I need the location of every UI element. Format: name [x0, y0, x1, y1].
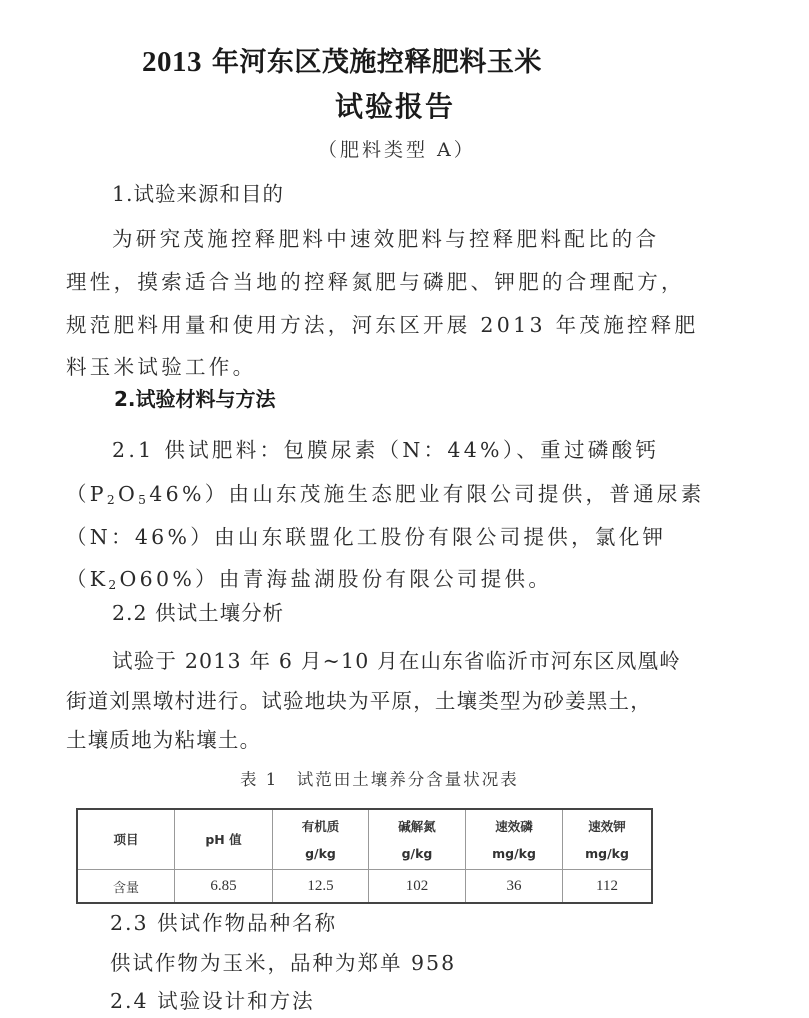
- cell-ph: 6.85: [175, 870, 273, 904]
- section-1-line-4: 料玉米试验工作。: [66, 350, 256, 380]
- section-1-line-2: 理性，摸索适合当地的控释氮肥与磷肥、钾肥的合理配方，: [66, 265, 685, 295]
- title-line-1: 2013 年河东区茂施控释肥料玉米: [142, 40, 542, 79]
- header-ph: pH 值: [175, 809, 273, 870]
- title-line-2: 试验报告: [335, 85, 455, 125]
- k2o-prefix: （K: [66, 567, 108, 591]
- cell-label: 含量: [77, 870, 175, 904]
- section-2-1-line-1: 2.1 供试肥料：包膜尿素（N：44%）、重过磷酸钙: [112, 433, 659, 463]
- k2o-sub: 2: [108, 578, 119, 592]
- section-2-2-line-2: 街道刘黑墩村进行。试验地块为平原，土壤类型为砂姜黑土，: [66, 684, 652, 714]
- header-available-k: 速效钾mg/kg: [563, 809, 653, 870]
- p2o5-sub-2: 5: [138, 493, 149, 507]
- section-2-1-line-2: （P2O546%）由山东茂施生态肥业有限公司提供，普通尿素: [66, 477, 705, 507]
- p2o5-prefix: （P: [66, 482, 107, 506]
- table-caption: 表 1 试范田土壤养分含量状况表: [240, 766, 519, 790]
- title-year: 2013: [142, 46, 202, 78]
- section-1-line-3: 规范肥料用量和使用方法，河东区开展 2013 年茂施控释肥: [66, 308, 698, 338]
- section-2-1-line-3: （N：46%）由山东联盟化工股份有限公司提供，氯化钾: [66, 520, 666, 550]
- header-item: 项目: [77, 809, 175, 870]
- p2o5-sub-1: 2: [107, 493, 118, 507]
- section-2-4-heading: 2.4 试验设计和方法: [110, 984, 315, 1014]
- soil-nutrient-table: 项目 pH 值 有机质g/kg 碱解氮g/kg 速效磷mg/kg 速效钾mg/k…: [76, 808, 653, 904]
- k2o-suffix: O60%）: [120, 567, 219, 591]
- section-2-3-heading: 2.3 供试作物品种名称: [110, 906, 337, 936]
- section-2-2-heading: 2.2 供试土壤分析: [112, 596, 284, 626]
- section-2-heading: 2.试验材料与方法: [114, 383, 276, 412]
- section-1-heading: 1.试验来源和目的: [112, 177, 284, 207]
- header-organic-matter: 有机质g/kg: [273, 809, 369, 870]
- section-2-1-line-4: （K2O60%）由青海盐湖股份有限公司提供。: [66, 562, 552, 592]
- p2o5-mid: O: [118, 482, 138, 506]
- cell-alkali-n: 102: [369, 870, 466, 904]
- table-header-row: 项目 pH 值 有机质g/kg 碱解氮g/kg 速效磷mg/kg 速效钾mg/k…: [77, 809, 652, 870]
- section-2-3-text: 供试作物为玉米，品种为郑单 958: [110, 946, 456, 976]
- table-row: 含量 6.85 12.5 102 36 112: [77, 870, 652, 904]
- subtitle: （肥料类型 A）: [318, 135, 476, 162]
- cell-organic-matter: 12.5: [273, 870, 369, 904]
- section-2-2-line-3: 土壤质地为粘壤土。: [66, 723, 261, 753]
- header-available-p: 速效磷mg/kg: [466, 809, 563, 870]
- header-alkali-n: 碱解氮g/kg: [369, 809, 466, 870]
- cell-available-p: 36: [466, 870, 563, 904]
- section-2-1-line-2-text: 由山东茂施生态肥业有限公司提供，普通尿素: [229, 482, 705, 506]
- p2o5-suffix: 46%）: [149, 482, 228, 506]
- section-1-line-1: 为研究茂施控释肥料中速效肥料与控释肥料配比的合: [112, 222, 659, 252]
- title-text: 年河东区茂施控释肥料玉米: [212, 47, 542, 78]
- section-2-1-line-4-text: 由青海盐湖股份有限公司提供。: [219, 567, 552, 591]
- section-2-2-line-1: 试验于 2013 年 6 月~10 月在山东省临沂市河东区凤凰岭: [112, 644, 681, 674]
- cell-available-k: 112: [563, 870, 653, 904]
